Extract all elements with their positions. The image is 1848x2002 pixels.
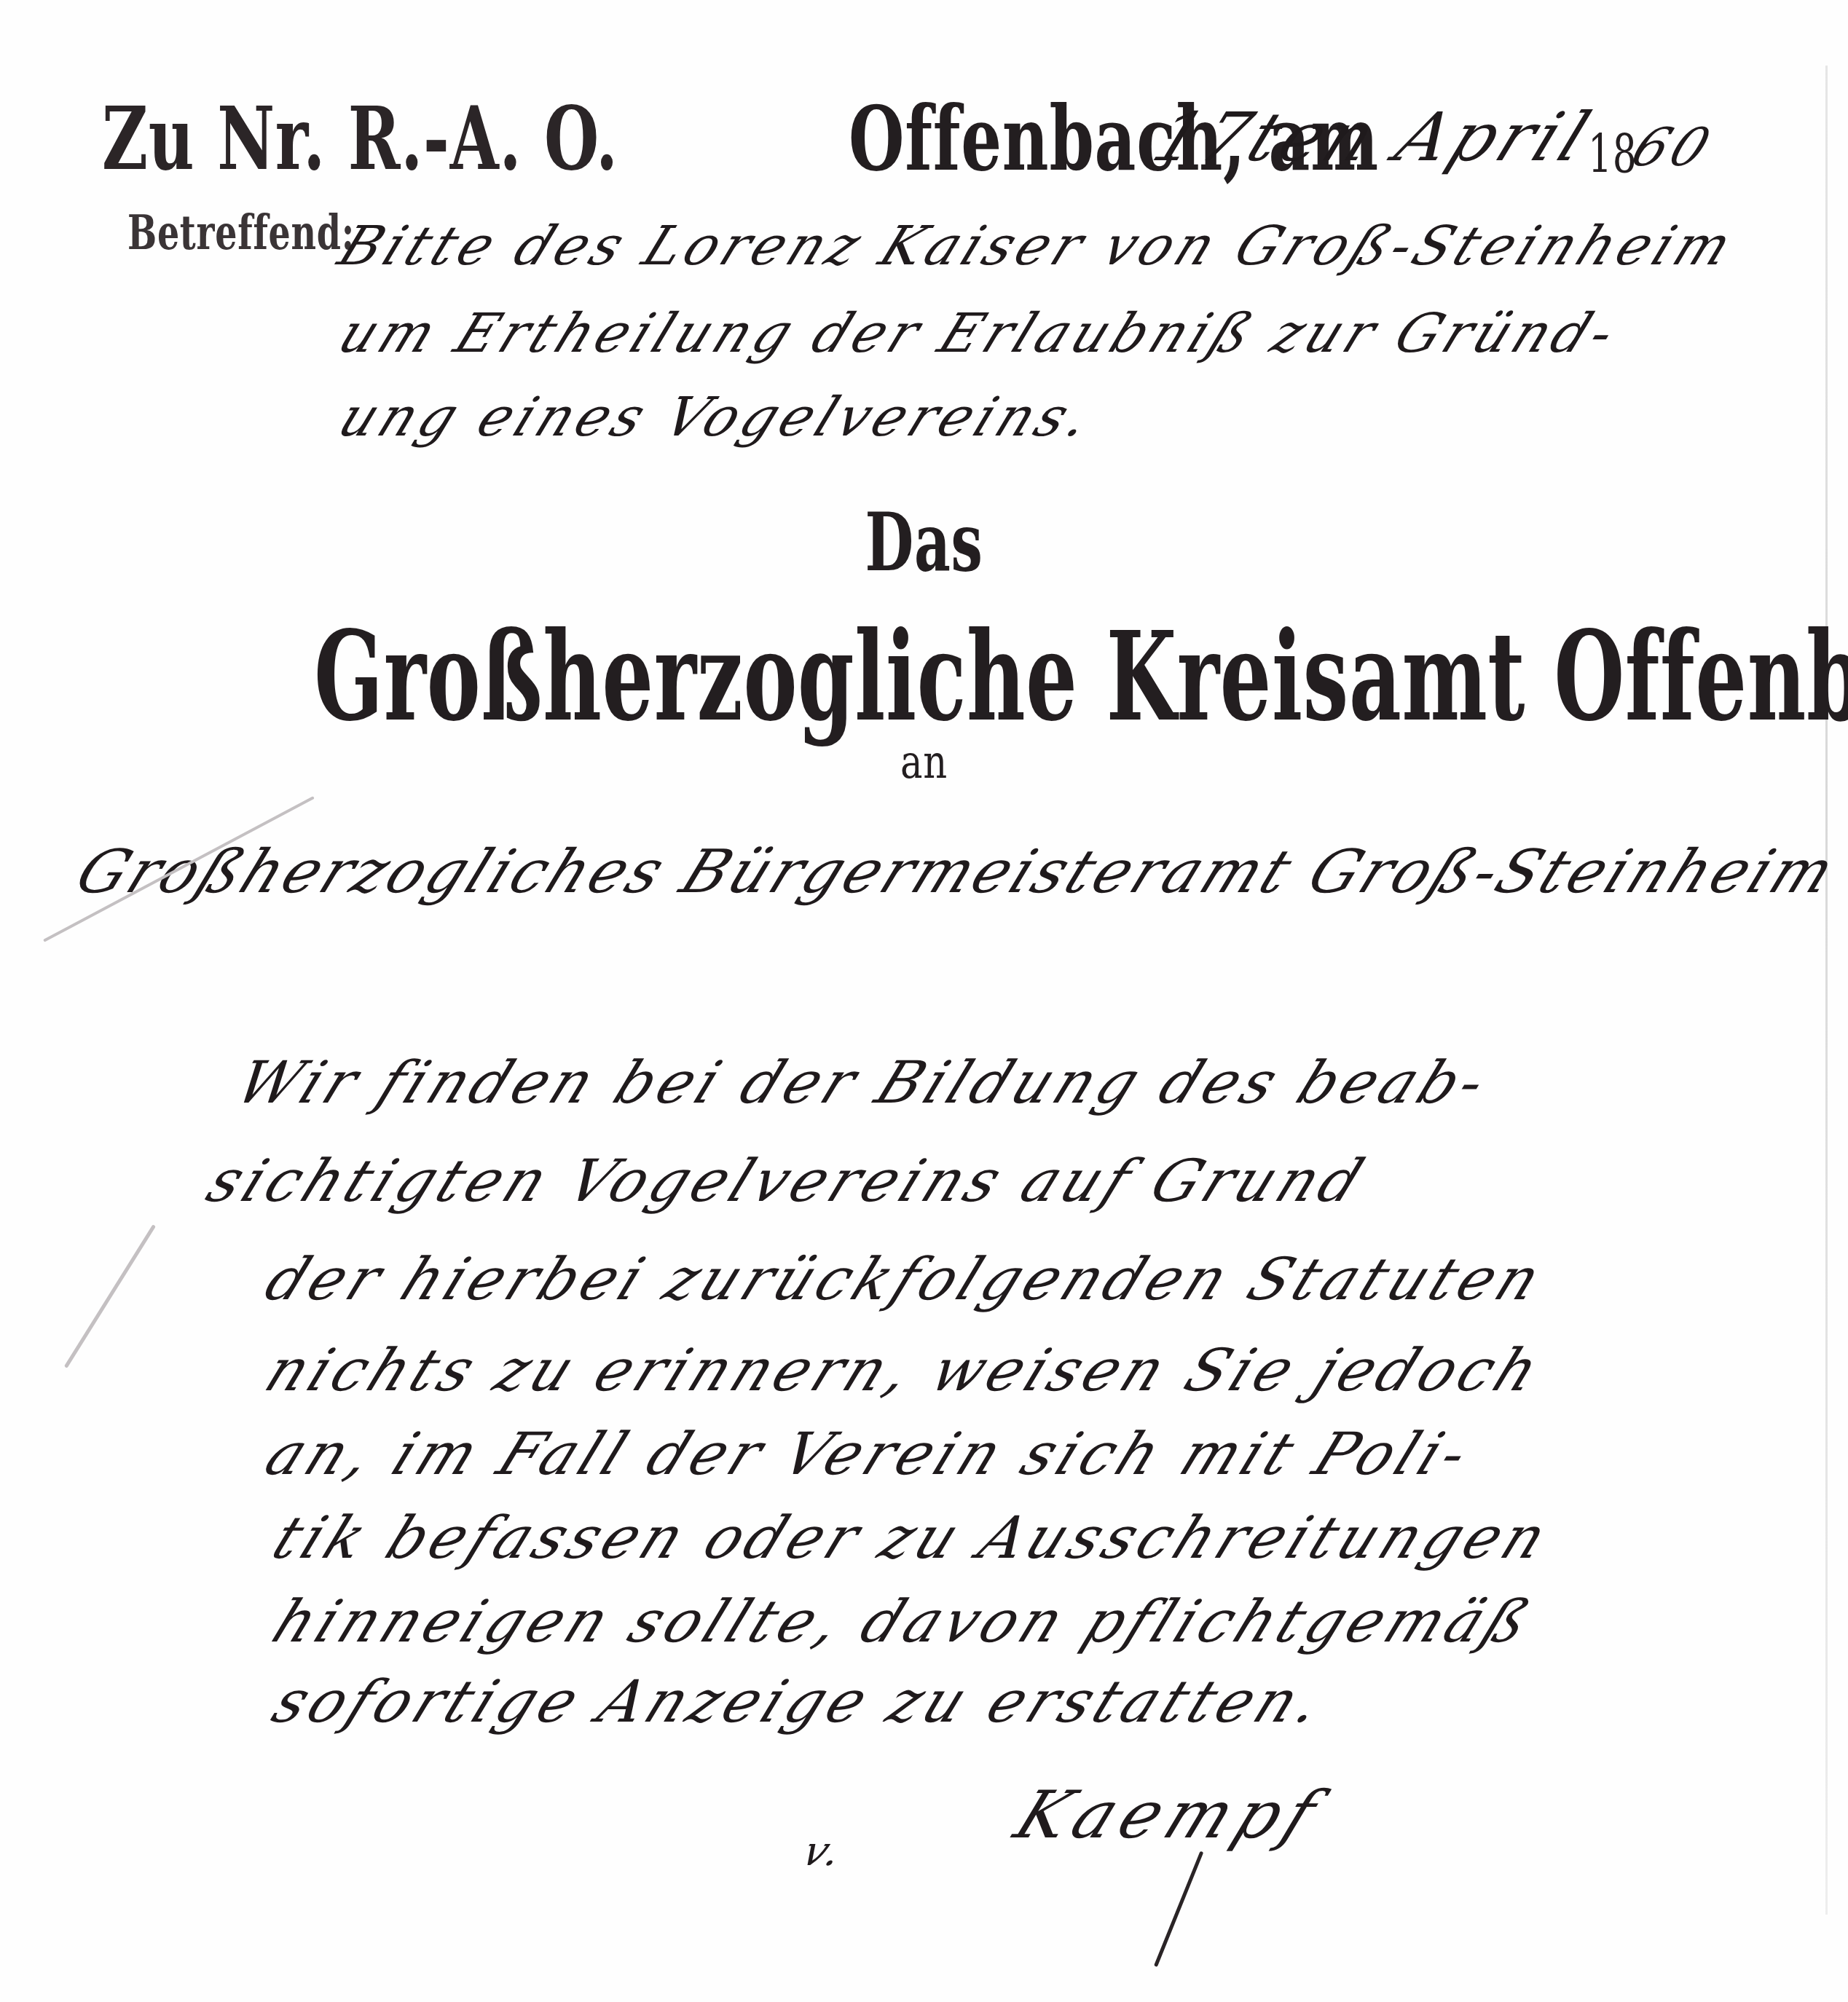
subject-label: Betreffend:: [127, 204, 355, 261]
body-line: an, im Fall der Verein sich mit Poli-: [256, 1420, 1482, 1488]
margin-mark: [64, 1224, 156, 1368]
title-das: Das: [278, 495, 1571, 589]
reference-label: Zu Nr. R.-A. O.: [102, 87, 618, 190]
body-line: der hierbei zurückfolgenden Statuten: [256, 1245, 1554, 1313]
subject-line: ung eines Vogelvereins.: [330, 386, 1104, 449]
recipient-line: Großherzogliches Bürgermeisteramt Groß-S…: [66, 838, 1847, 907]
title-an: an: [185, 736, 1664, 789]
body-line: nichts zu erinnern, weisen Sie jedoch: [256, 1336, 1553, 1404]
body-line: sichtigten Vogelvereins auf Grund: [197, 1147, 1377, 1215]
signature-prefix: v.: [795, 1828, 854, 1875]
page-edge: [1825, 66, 1828, 1915]
body-line: tik befassen oder zu Ausschreitungen: [263, 1504, 1560, 1572]
body-line: Wir finden bei der Bildung des beab-: [227, 1049, 1500, 1116]
body-line: sofortige Anzeige zu erstatten.: [263, 1668, 1336, 1735]
signature-name: Kaempf: [1004, 1777, 1334, 1853]
subject-line: um Ertheilung der Erlaubniß zur Gründ-: [330, 302, 1628, 365]
signature-flourish: [1154, 1851, 1203, 1967]
date-handwritten: 17ten April: [1142, 98, 1604, 176]
year-handwritten: 60: [1623, 117, 1723, 178]
title-authority: Großherzogliche Kreisamt Offenbach: [314, 604, 1533, 749]
body-line: hinneigen sollte, davon pflichtgemäß: [263, 1588, 1544, 1655]
document-page: Zu Nr. R.-A. O. Offenbach, am 17ten Apri…: [0, 0, 1848, 2002]
subject-line: Bitte des Lorenz Kaiser von Groß-Steinhe…: [330, 215, 1745, 277]
